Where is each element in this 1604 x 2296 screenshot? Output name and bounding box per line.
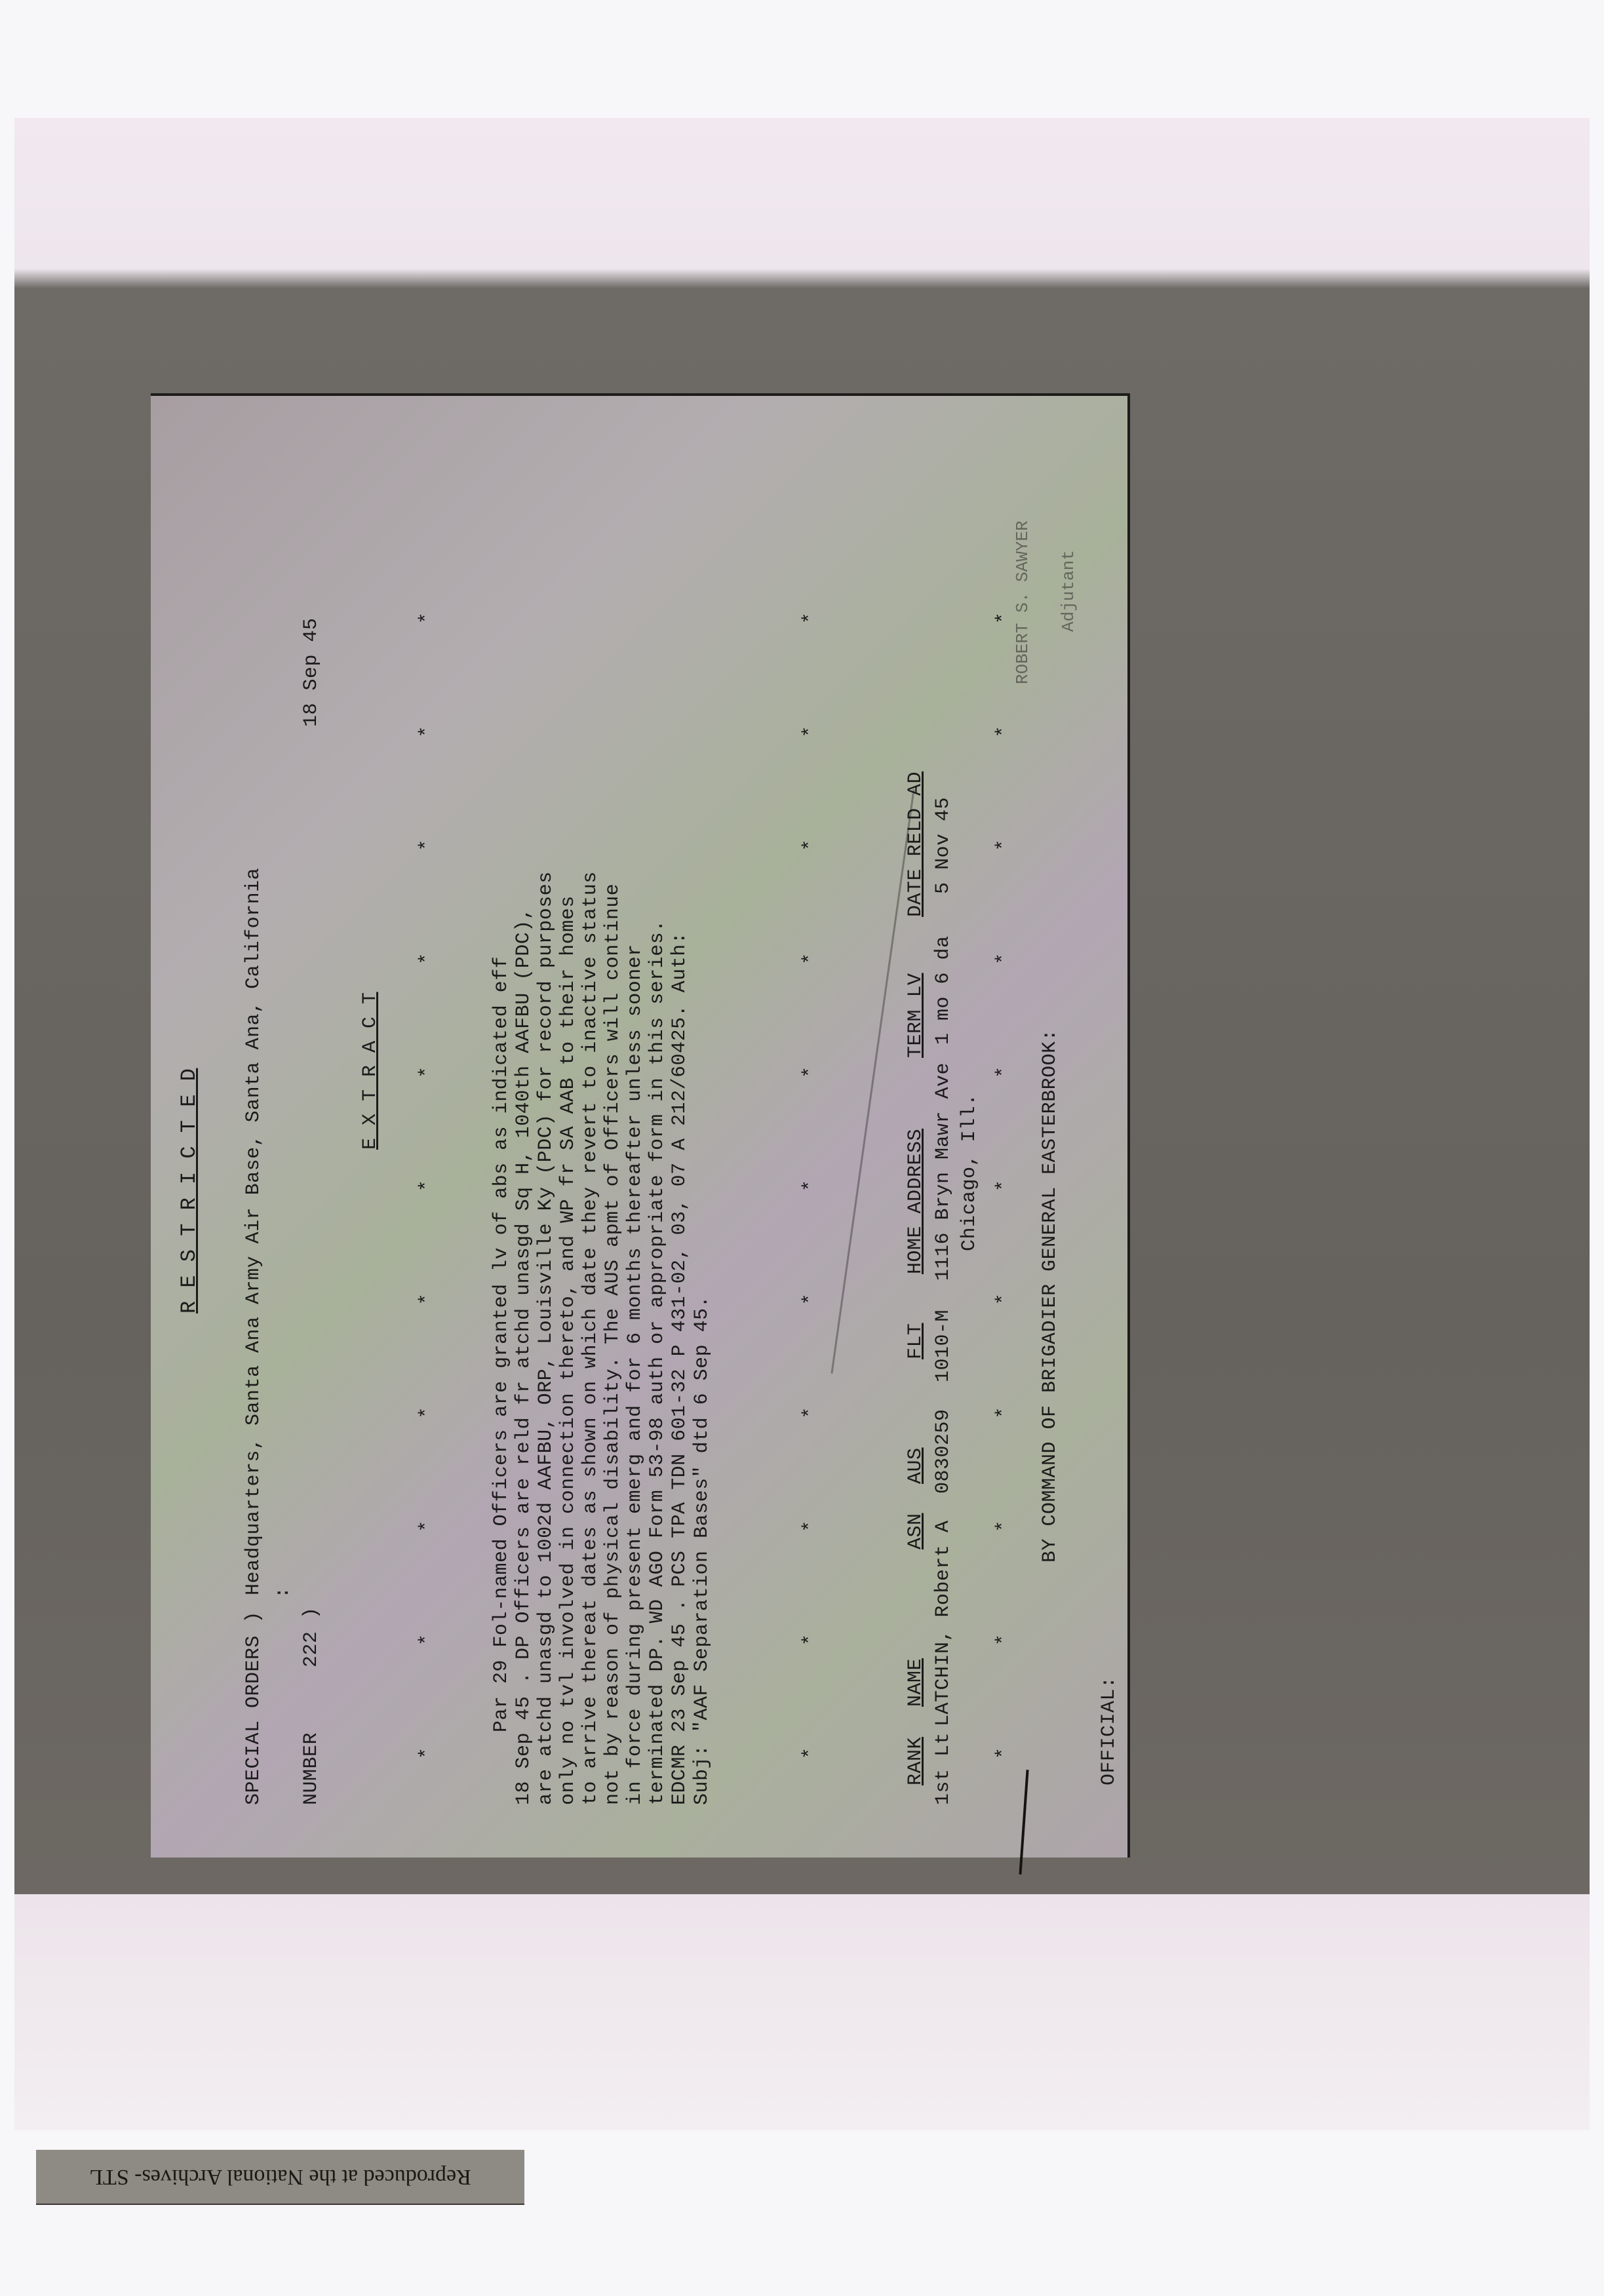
cell-rank: 1st Lt [932, 1732, 954, 1805]
asterisk: * [416, 1634, 439, 1646]
asterisk: * [993, 1521, 1015, 1532]
colon-mark: : [272, 1586, 294, 1599]
body-line: in force during present emerg and for 6 … [624, 944, 646, 1805]
asterisk: * [993, 612, 1015, 624]
body-line: to arrive thereat dates as shown on whic… [579, 871, 602, 1805]
special-orders-document: R E S T R I C T E D SPECIAL ORDERS ) Hea… [151, 393, 1130, 1858]
asterisk: * [800, 726, 822, 737]
cell-flt: 1010-M [932, 1310, 954, 1382]
asterisk: * [416, 1521, 439, 1532]
col-header-flt: FLT [905, 1323, 927, 1359]
asterisk: * [416, 1407, 439, 1418]
col-header-home-address: HOME ADDRESS [905, 1129, 927, 1274]
sheet-bottom-margin [14, 1894, 1590, 2130]
asterisk: * [416, 839, 439, 851]
cell-address-line1: 1116 Bryn Mawr Ave [932, 1062, 954, 1281]
col-header-rank: RANK [905, 1737, 927, 1785]
asterisk: * [416, 612, 439, 624]
col-header-name: NAME [905, 1658, 927, 1707]
asterisk: * [416, 1293, 439, 1305]
body-line: are atchd unasgd to 1002d AAFBU, ORP, Lo… [535, 871, 557, 1805]
body-line: 18 Sep 45 . DP Officers are reld fr atch… [513, 908, 535, 1805]
asterisk: * [416, 1066, 439, 1078]
number-value: 222 ) [300, 1606, 323, 1667]
asterisk: * [993, 726, 1015, 737]
archive-stamp-text: Reproduced at the National Archives- STL [89, 2164, 471, 2189]
asterisk: * [993, 1180, 1015, 1192]
separator-row-1: *********** [416, 612, 439, 1759]
asterisk: * [993, 1066, 1015, 1078]
asterisk: * [416, 1180, 439, 1192]
official-label: OFFICIAL: [1098, 1676, 1120, 1785]
asterisk: * [993, 1747, 1015, 1759]
asterisk: * [993, 953, 1015, 965]
asterisk: * [800, 1066, 822, 1078]
asterisk: * [416, 726, 439, 737]
cell-address-line2: Chicago, Ill. [958, 1093, 981, 1251]
col-header-asn: ASN [905, 1513, 927, 1549]
asterisk: * [800, 1747, 822, 1759]
signature-name: ROBERT S. SAWYER [1013, 520, 1032, 684]
asterisk: * [800, 953, 822, 965]
body-line: terminated DP. WD AGO Form 53-98 auth or… [646, 920, 669, 1805]
asterisk: * [993, 1407, 1015, 1418]
asterisk: * [800, 1634, 822, 1646]
body-line: EDCMR 23 Sep 45 . PCS TPA TDN 601-32 P 4… [669, 932, 691, 1805]
asterisk: * [800, 1293, 822, 1305]
asterisk: * [800, 1521, 822, 1532]
rotated-text-block: R E S T R I C T E D SPECIAL ORDERS ) Hea… [151, 396, 1127, 1858]
col-header-term-lv: TERM LV [905, 973, 927, 1058]
cell-asn: 0830259 [932, 1409, 954, 1494]
body-line: not by reason of physical disability. Th… [602, 884, 624, 1805]
asterisk: * [993, 1293, 1015, 1305]
asterisk: * [993, 1634, 1015, 1646]
body-line: Subj: "AAF Separation Bases" dtd 6 Sep 4… [691, 1296, 713, 1805]
body-line: Par 29 Fol-named Officers are granted lv… [490, 956, 513, 1805]
asterisk: * [416, 953, 439, 965]
col-header-date-reld: DATE RELD AD [905, 771, 927, 917]
number-label: NUMBER [300, 1732, 323, 1805]
order-type: SPECIAL ORDERS ) [243, 1611, 265, 1805]
cell-date-reld: 5 Nov 45 [932, 797, 954, 894]
asterisk: * [800, 1180, 822, 1192]
body-line: only no tvl involved in connection there… [557, 895, 579, 1805]
signature-title: Adjutant [1059, 550, 1078, 632]
classification-heading: R E S T R I C T E D [177, 1068, 201, 1313]
asterisk: * [800, 612, 822, 624]
col-header-aus: AUS [905, 1447, 927, 1484]
asterisk: * [993, 839, 1015, 851]
cell-name: LATCHIN, Robert A [932, 1520, 954, 1726]
headquarters-line: Headquarters, Santa Ana Army Air Base, S… [243, 868, 265, 1595]
cell-term-lv: 1 mo 6 da [932, 935, 954, 1045]
asterisk: * [800, 1407, 822, 1418]
asterisk: * [416, 1747, 439, 1759]
command-line: BY COMMAND OF BRIGADIER GENERAL EASTERBR… [1039, 1029, 1061, 1563]
separator-row-2: *********** [800, 612, 822, 1759]
order-date: 18 Sep 45 [300, 617, 323, 727]
extract-heading: E X T R A C T [359, 992, 381, 1150]
asterisk: * [800, 839, 822, 851]
separator-row-3: *********** [993, 612, 1015, 1759]
archive-stamp: Reproduced at the National Archives- STL [36, 2150, 524, 2205]
